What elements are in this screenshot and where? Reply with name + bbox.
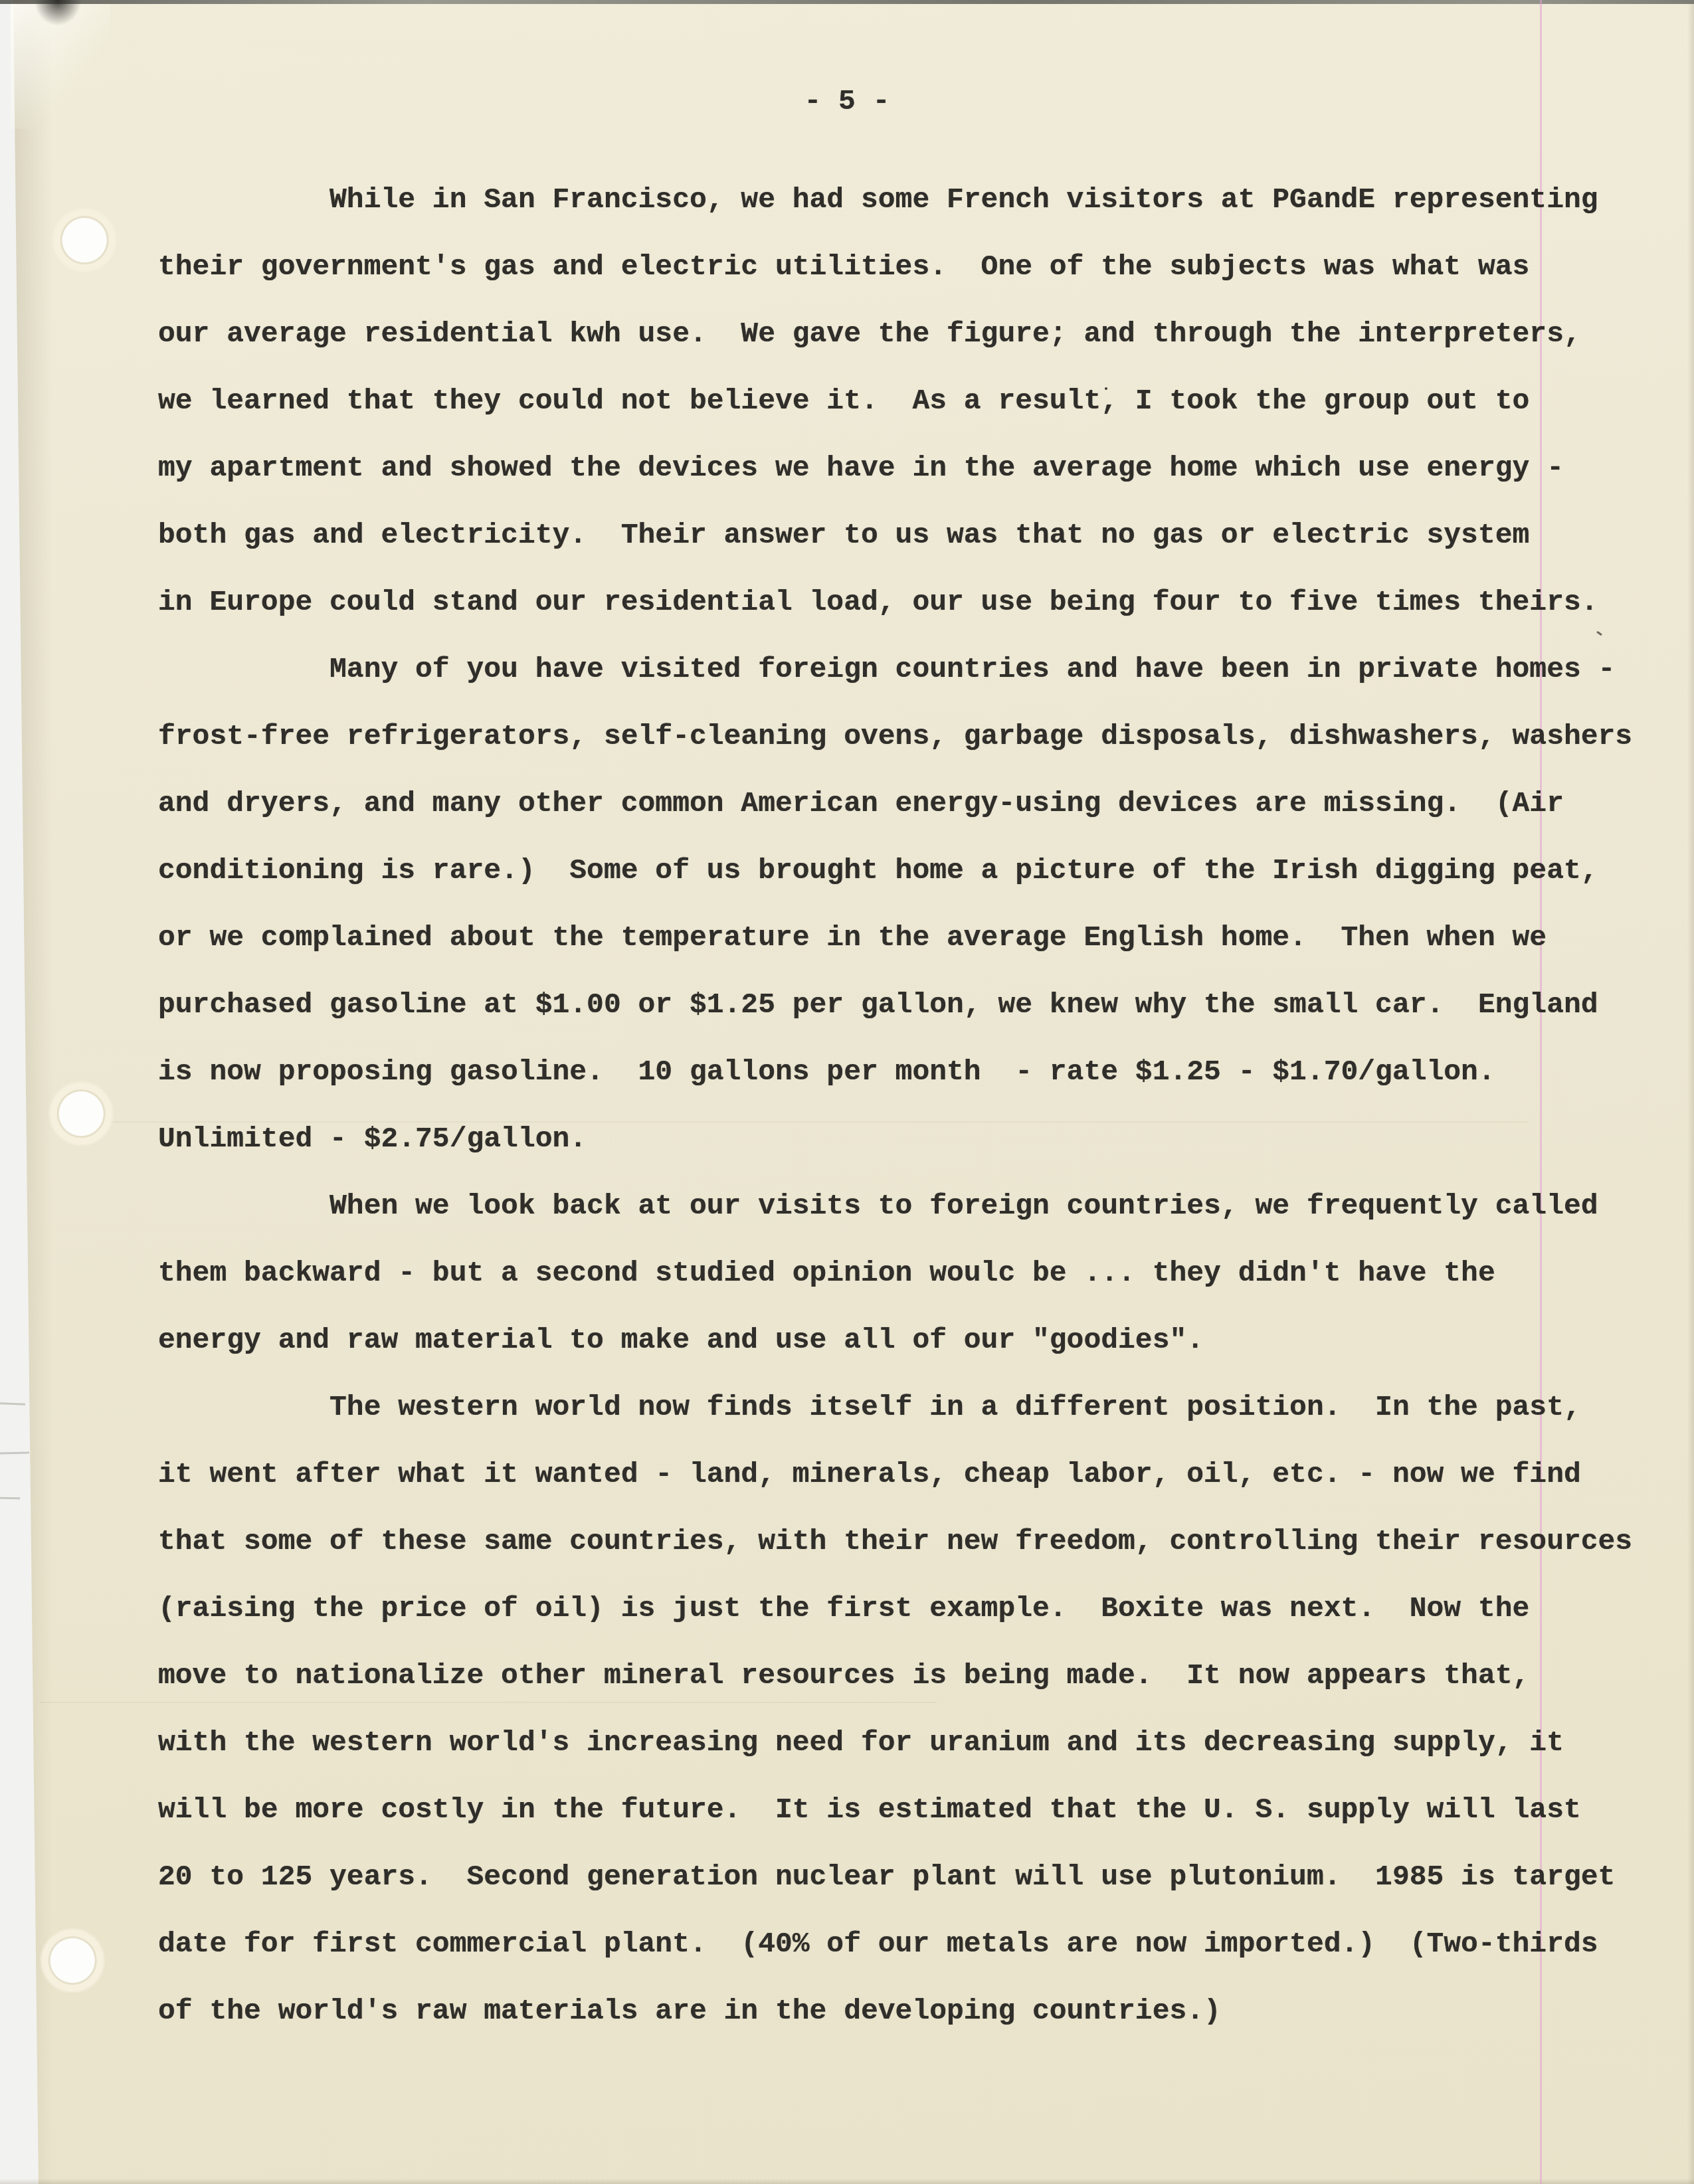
punch-hole-middle <box>43 1073 116 1146</box>
text-line: When we look back at our visits to forei… <box>158 1172 1632 1239</box>
text-line: date for first commercial plant. (40% of… <box>158 1910 1632 1977</box>
document-text: While in San Francisco, we had some Fren… <box>158 166 1632 2045</box>
text-line: While in San Francisco, we had some Fren… <box>158 166 1632 233</box>
scan-bottom-edge-shadow <box>0 2179 1694 2184</box>
scanned-typewritten-page: - 5 - While in San Francisco, we had som… <box>0 0 1694 2184</box>
scan-top-edge <box>0 0 1694 4</box>
text-line: with the western world's increasing need… <box>158 1709 1632 1776</box>
text-line: purchased gasoline at $1.00 or $1.25 per… <box>158 971 1632 1038</box>
text-line: 20 to 125 years. Second generation nucle… <box>158 1843 1632 1910</box>
punch-hole-bottom <box>35 1920 108 1993</box>
text-line: conditioning is rare.) Some of us brough… <box>158 837 1632 904</box>
text-line: move to nationalize other mineral resour… <box>158 1642 1632 1709</box>
punch-hole-top <box>47 199 120 272</box>
text-line: will be more costly in the future. It is… <box>158 1776 1632 1843</box>
text-line: them backward - but a second studied opi… <box>158 1239 1632 1307</box>
scan-top-edge-smudge <box>35 0 81 25</box>
text-line: we learned that they could not believe i… <box>158 367 1632 434</box>
text-line: energy and raw material to make and use … <box>158 1307 1632 1374</box>
text-line: The western world now finds itself in a … <box>158 1374 1632 1441</box>
text-line: that some of these same countries, with … <box>158 1508 1632 1575</box>
text-line: in Europe could stand our residential lo… <box>158 569 1632 636</box>
pencil-mark <box>0 1497 20 1500</box>
text-line: my apartment and showed the devices we h… <box>158 434 1632 501</box>
text-line: or we complained about the temperature i… <box>158 904 1632 971</box>
text-line: their government's gas and electric util… <box>158 233 1632 300</box>
text-line: both gas and electricity. Their answer t… <box>158 501 1632 569</box>
text-line: frost-free refrigerators, self-cleaning … <box>158 703 1632 770</box>
text-line: of the world's raw materials are in the … <box>158 1977 1632 2045</box>
scan-right-edge-shadow <box>1687 0 1694 2184</box>
text-line: Unlimited - $2.75/gallon. <box>158 1105 1632 1172</box>
text-line: it went after what it wanted - land, min… <box>158 1441 1632 1508</box>
text-line: (raising the price of oil) is just the f… <box>158 1575 1632 1642</box>
page-number: - 5 - <box>0 68 1694 135</box>
text-line: and dryers, and many other common Americ… <box>158 770 1632 837</box>
text-line: our average residential kwh use. We gave… <box>158 300 1632 367</box>
text-line: Many of you have visited foreign countri… <box>158 636 1632 703</box>
text-line: is now proposing gasoline. 10 gallons pe… <box>158 1038 1632 1105</box>
